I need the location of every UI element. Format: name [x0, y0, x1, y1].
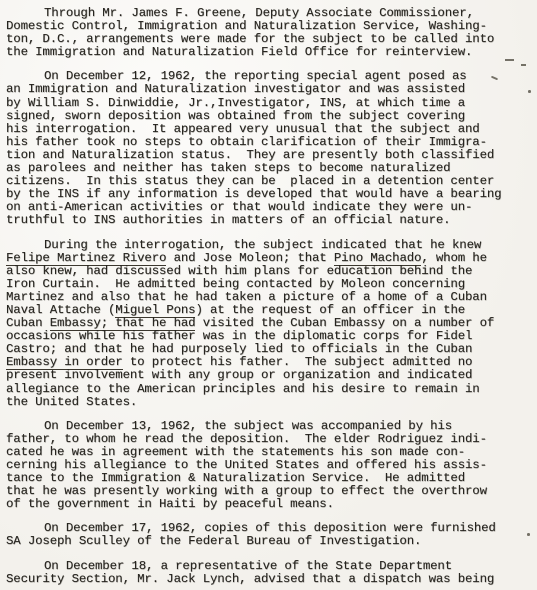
- paragraph: During the interrogation, the subject in…: [6, 239, 534, 409]
- paragraph: On December 18, a representative of the …: [6, 560, 534, 586]
- text-line: of the government in Haiti by peaceful m…: [6, 498, 534, 511]
- text-line: signed, sworn deposition was obtained fr…: [6, 110, 534, 123]
- text-line: also knew, had discussed with him plans …: [6, 265, 534, 278]
- text-line: father, to whom he read the deposition. …: [6, 433, 534, 446]
- text-line: Security Section, Mr. Jack Lynch, advise…: [6, 573, 534, 586]
- text-line: On December 18, a representative of the …: [6, 560, 534, 573]
- text-line: Iron Curtain. He admitted being contacte…: [6, 278, 534, 291]
- text-line: During the interrogation, the subject in…: [6, 239, 534, 252]
- text-line: the Immigration and Naturalization Field…: [6, 46, 534, 59]
- text-line: by William S. Dinwiddie, Jr.,Investigato…: [6, 97, 534, 110]
- scan-artifact: [528, 90, 531, 93]
- paragraph: On December 17, 1962, copies of this dep…: [6, 522, 534, 548]
- text-line: On December 13, 1962, the subject was ac…: [6, 420, 534, 433]
- text-line: SA Joseph Sculley of the Federal Bureau …: [6, 535, 534, 548]
- text-line: the United States.: [6, 396, 534, 409]
- text-line: an Immigration and Naturalization invest…: [6, 83, 534, 96]
- paragraph: On December 12, 1962, the reporting spec…: [6, 70, 534, 227]
- document-page: Through Mr. James F. Greene, Deputy Asso…: [0, 0, 537, 590]
- text-line: present involvement with any group or or…: [6, 369, 534, 382]
- text-line: Felipe Martinez Rivero and Jose Moleon; …: [6, 252, 534, 265]
- text-line: his interrogation. It appeared very unus…: [6, 123, 534, 136]
- scan-artifact: [505, 59, 514, 61]
- paragraph: On December 13, 1962, the subject was ac…: [6, 420, 534, 512]
- text-line: Martinez and also that he had taken a pi…: [6, 291, 534, 304]
- text-line: truthful to INS authorities in matters o…: [6, 214, 534, 227]
- scan-artifact: [521, 64, 526, 66]
- paragraph: Through Mr. James F. Greene, Deputy Asso…: [6, 7, 534, 59]
- text-line: his father took no steps to obtain clari…: [6, 136, 534, 149]
- scan-artifact: [527, 533, 530, 536]
- text-line: allegiance to the American principles an…: [6, 383, 534, 396]
